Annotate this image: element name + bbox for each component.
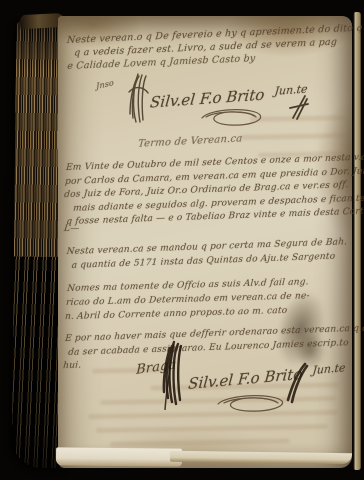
signature-suffix: Jun.te	[274, 82, 308, 97]
signature-suffix: Jun.te	[312, 361, 346, 377]
photograph-of-manuscript-book: Neste verean.o q De fevereio e hy q apre…	[0, 0, 364, 480]
entry-body: Em Vinte de Outubro de mil sete Centos e…	[62, 152, 357, 230]
entry-office: Nomes ma tomente de Offcio as suis Alv.d…	[64, 274, 355, 324]
marginal-mark: L—	[63, 224, 79, 234]
page-bottom-edge-tab	[56, 447, 182, 466]
